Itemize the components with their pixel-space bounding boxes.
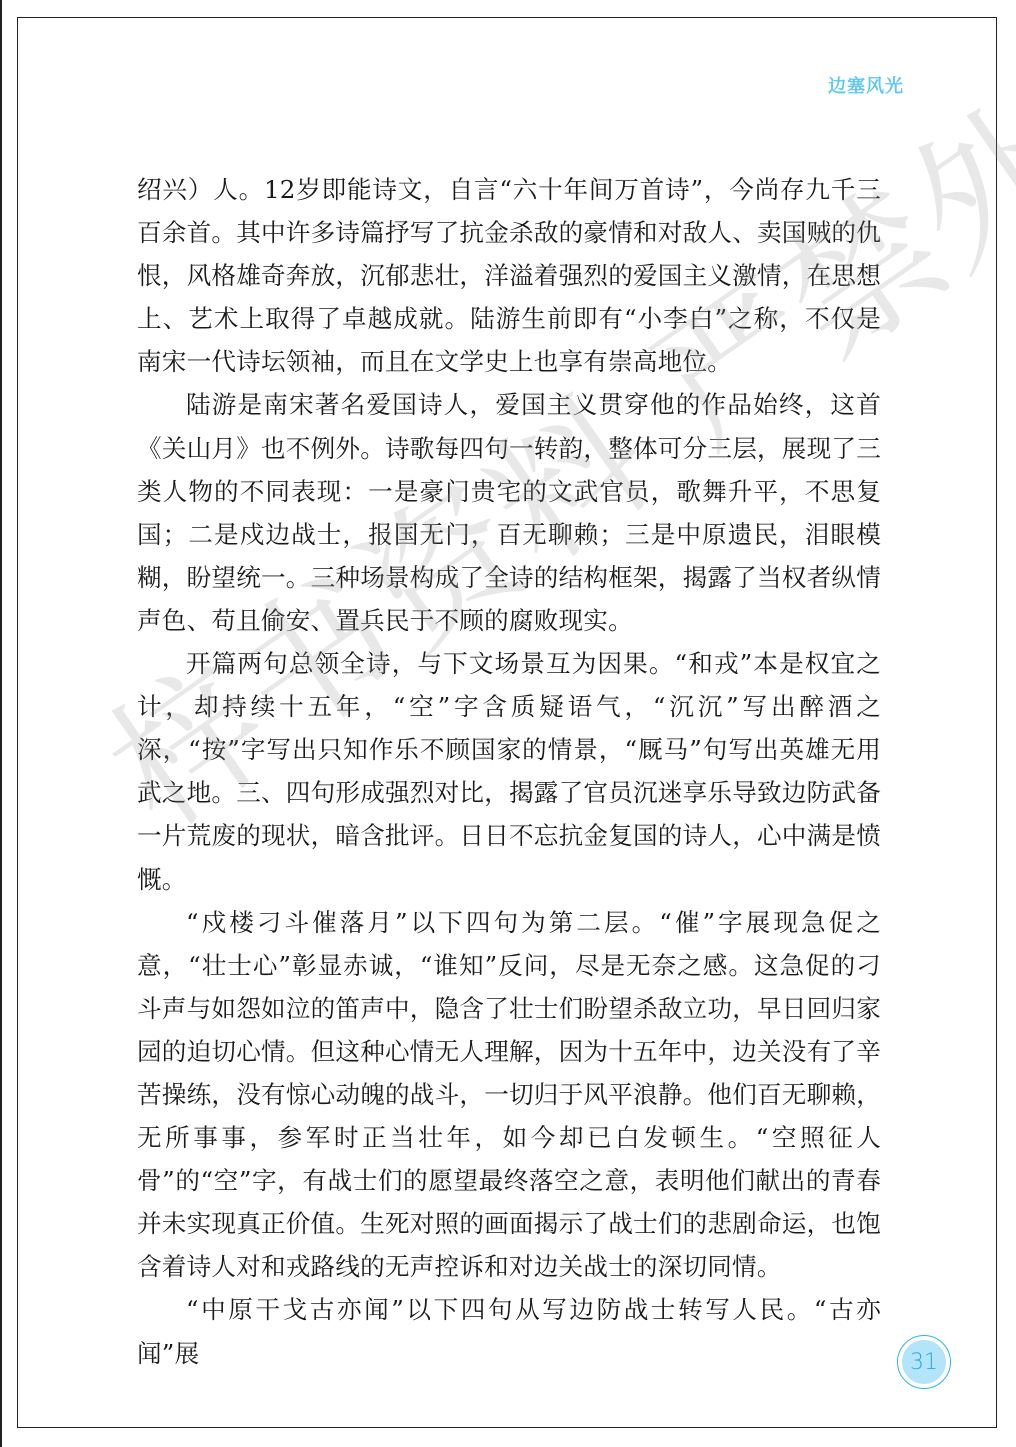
paragraph-1: 绍兴）人。12岁即能诗文，自言“六十年间万首诗”，今尚存九千三百余首。其中许多诗… <box>137 168 881 383</box>
running-header-section-title: 边塞风光 <box>828 72 904 98</box>
paragraph-5: “中原干戈古亦闻”以下四句从写边防战士转写人民。“古亦闻”展 <box>137 1288 881 1374</box>
paragraph-3: 开篇两句总领全诗，与下文场景互为因果。“和戎”本是权宜之计，却持续十五年，“空”… <box>137 642 881 901</box>
page-outer-edge <box>0 0 2 1447</box>
page-number: 31 <box>902 1340 946 1384</box>
paragraph-4: “戍楼刁斗催落月”以下四句为第二层。“催”字展现急促之意，“壮士心”彰显赤诚，“… <box>137 901 881 1289</box>
page-number-badge: 31 <box>897 1335 951 1389</box>
paragraph-2: 陆游是南宋著名爱国诗人，爱国主义贯穿他的作品始终，这首《关山月》也不例外。诗歌每… <box>137 383 881 642</box>
body-text: 绍兴）人。12岁即能诗文，自言“六十年间万首诗”，今尚存九千三百余首。其中许多诗… <box>137 168 881 1375</box>
